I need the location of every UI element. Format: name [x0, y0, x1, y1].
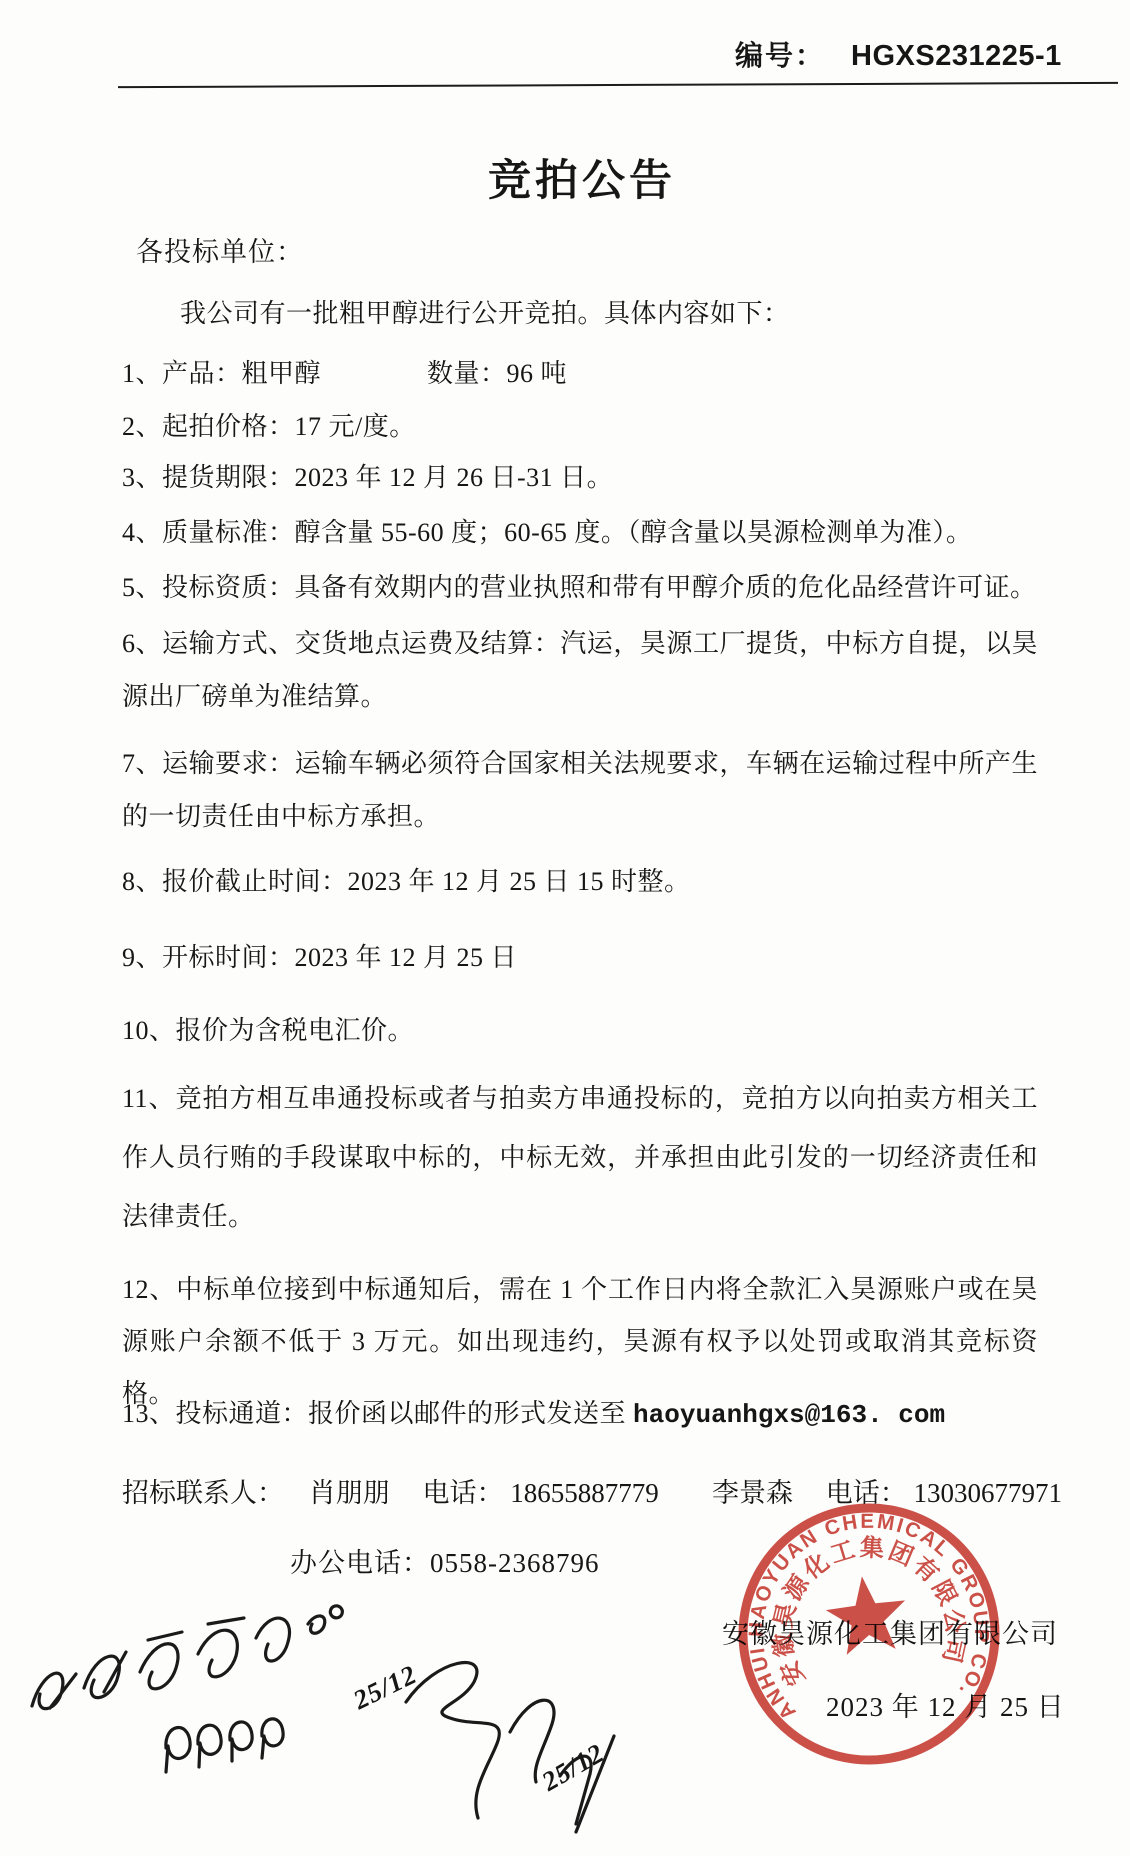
handwritten-note: [16, 1580, 656, 1856]
handwriting-stroke: [198, 1618, 244, 1677]
item-text: 竞拍方相互串通投标或者与拍卖方串通投标的，竞拍方以向拍卖方相关工作人员行贿的手段…: [122, 1084, 1038, 1231]
handwriting-stroke: [230, 1722, 252, 1761]
item-text: 运输要求：运输车辆必须符合国家相关法规要求，车辆在运输过程中所产生的一切责任由中…: [122, 749, 1038, 831]
item-text: 运输方式、交货地点运费及结算：汽运，昊源工厂提货，中标方自提，以昊源出厂磅单为准…: [122, 629, 1038, 711]
item-number: 5、: [122, 573, 162, 602]
bid-email-address: haoyuanhgxs@163. com: [633, 1400, 945, 1430]
item-number: 11、: [122, 1084, 175, 1113]
item-number: 12、: [122, 1275, 176, 1304]
item-number: 3、: [122, 463, 162, 492]
salutation: 各投标单位：: [136, 232, 304, 272]
handwriting-stroke: [84, 1652, 126, 1698]
list-item: 5、投标资质：具备有效期内的营业执照和带有甲醇介质的危化品经营许可证。: [122, 561, 1038, 614]
item-number: 7、: [122, 749, 162, 778]
list-item: 11、竞拍方相互串通投标或者与拍卖方串通投标的，竞拍方以向拍卖方相关工作人员行贿…: [122, 1069, 1038, 1246]
item-text: 提货期限：2023 年 12 月 26 日-31 日。: [162, 463, 613, 492]
item-number: 8、: [122, 867, 162, 896]
contact-2-name: 李景森: [712, 1478, 793, 1508]
company-seal-stamp: ANHUI HAOYUAN CHEMICAL GROUP CO. 安徽昊源化工集…: [717, 1482, 1020, 1785]
contact-1-name: 肖朋朋: [309, 1478, 390, 1508]
item-text: 起拍价格：17 元/度。: [162, 412, 416, 441]
doc-number-label: 编号：: [735, 34, 825, 74]
item-number: 10、: [122, 1016, 176, 1045]
list-item: 6、运输方式、交货地点运费及结算：汽运，昊源工厂提货，中标方自提，以昊源出厂磅单…: [122, 617, 1038, 723]
item-text: 报价截止时间：2023 年 12 月 25 日 15 时整。: [162, 867, 691, 896]
list-item: 9、开标时间：2023 年 12 月 25 日: [122, 931, 1038, 984]
list-item: 4、质量标准：醇含量 55-60 度；60-65 度。（醇含量以昊源检测单为准）…: [122, 506, 1038, 559]
doc-number-value: HGXS231225-1: [851, 40, 1062, 73]
item-number: 9、: [122, 943, 162, 972]
contact-1-phone: 18655887779: [510, 1478, 659, 1508]
header-rule: [118, 82, 1118, 88]
handwriting-stroke: [140, 1632, 182, 1689]
item-text: 报价为含税电汇价。: [176, 1016, 415, 1045]
list-item: 2、起拍价格：17 元/度。: [122, 400, 1038, 453]
list-item: 13、投标通道：报价函以邮件的形式发送至 haoyuanhgxs@163. co…: [122, 1387, 1038, 1442]
star-icon: [822, 1572, 910, 1657]
item-text: 投标通道：报价函以邮件的形式发送至: [176, 1399, 634, 1428]
handwriting-stroke: [330, 1606, 342, 1618]
item-text: 质量标准：醇含量 55-60 度；60-65 度。（醇含量以昊源检测单为准）。: [162, 518, 972, 547]
doc-number: 编号： HGXS231225-1: [735, 34, 1062, 74]
list-item: 7、运输要求：运输车辆必须符合国家相关法规要求，车辆在运输过程中所产生的一切责任…: [122, 737, 1038, 843]
item-text: 开标时间：2023 年 12 月 25 日: [162, 943, 517, 972]
list-item: 8、报价截止时间：2023 年 12 月 25 日 15 时整。: [122, 855, 1038, 908]
handwriting-stroke: [256, 1618, 289, 1661]
bid-contact-label: 招标联系人：: [122, 1478, 284, 1508]
handwriting-stroke: [308, 1616, 325, 1633]
list-item: 10、报价为含税电汇价。: [122, 1004, 1038, 1057]
item-text: 产品：粗甲醇 数量：96 吨: [162, 359, 567, 388]
item-number: 6、: [122, 629, 162, 658]
scanned-document-page: 编号： HGXS231225-1 竞拍公告 各投标单位： 我公司有一批粗甲醇进行…: [0, 0, 1130, 1856]
handwriting-stroke: [262, 1719, 283, 1758]
item-number: 13、: [122, 1399, 176, 1428]
bid-contact-1: 招标联系人： 肖朋朋 电话： 18655887779: [122, 1467, 659, 1520]
item-number: 4、: [122, 518, 162, 547]
item-number: 2、: [122, 412, 162, 441]
handwriting-stroke: [198, 1725, 221, 1767]
item-number: 1、: [122, 359, 162, 388]
phone-label: 电话：: [423, 1478, 504, 1508]
handwriting-stroke: [32, 1673, 76, 1708]
intro-paragraph: 我公司有一批粗甲醇进行公开竞拍。具体内容如下：: [122, 287, 1038, 340]
list-item: 1、产品：粗甲醇 数量：96 吨: [122, 347, 1038, 400]
page-title: 竞拍公告: [0, 147, 1130, 208]
list-item: 3、提货期限：2023 年 12 月 26 日-31 日。: [122, 451, 1038, 504]
item-text: 投标资质：具备有效期内的营业执照和带有甲醇介质的危化品经营许可证。: [162, 573, 1037, 602]
handwriting-stroke: [166, 1728, 190, 1772]
